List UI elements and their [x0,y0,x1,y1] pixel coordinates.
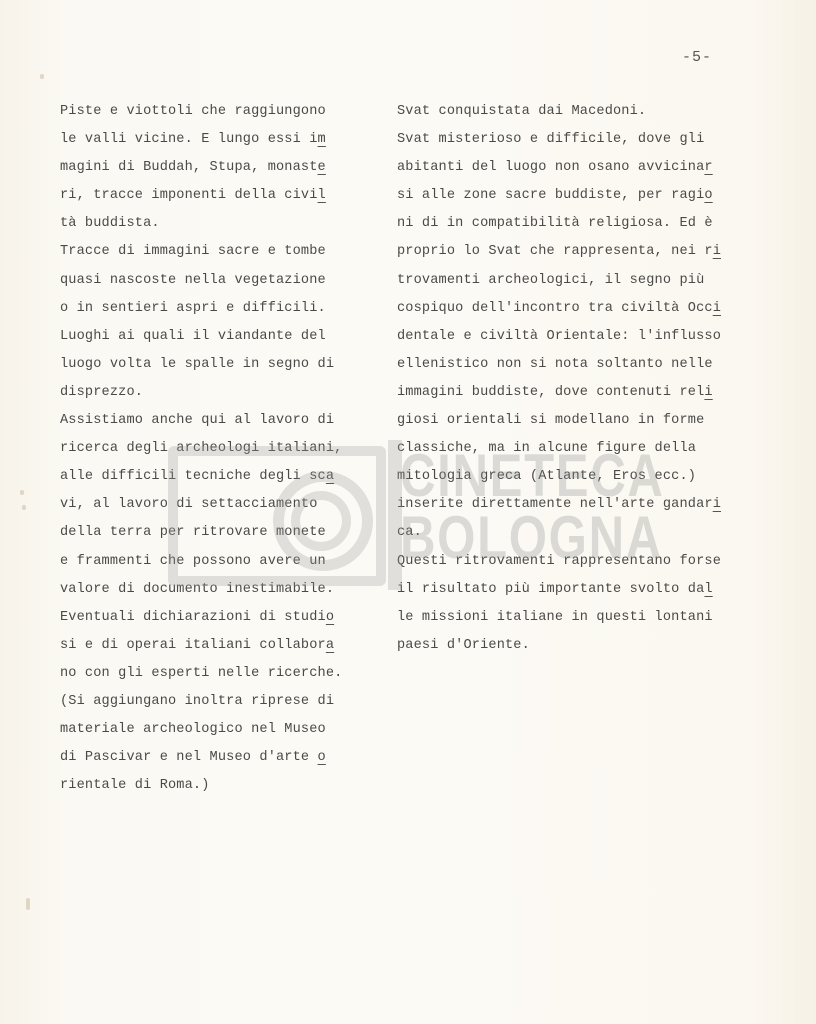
text-line: disprezzo. [60,379,342,407]
text-line: Assistiamo anche qui al lavoro di [60,407,342,435]
hyphen-underline-mark: r [704,160,712,175]
text-line: no con gli esperti nelle ricerche. [60,660,342,688]
text-line: luogo volta le spalle in segno di [60,351,342,379]
text-line: Tracce di immagini sacre e tombe [60,238,342,266]
text-line: Eventuali dichiarazioni di studio [60,604,342,632]
text-line: o in sentieri aspri e difficili. [60,295,342,323]
page-number: -5- [682,49,712,66]
paper-mark [40,74,44,79]
paper-mark [20,490,24,495]
hyphen-underline-mark: i [713,497,721,512]
paper-mark [22,505,26,510]
right-text-column: Svat conquistata dai Macedoni.Svat miste… [397,98,721,660]
hyphen-underline-mark: o [326,610,334,625]
text-line: Piste e viottoli che raggiungono [60,98,342,126]
hyphen-underline-mark: o [318,750,326,765]
text-line: vi, al lavoro di settacciamento [60,491,342,519]
text-line: materiale archeologico nel Museo [60,716,342,744]
hyphen-underline-mark: m [318,132,326,147]
text-line: cospiquo dell'incontro tra civiltà Occi [397,295,721,323]
hyphen-underline-mark: a [326,638,334,653]
text-line: immagini buddiste, dove contenuti reli [397,379,721,407]
left-text-column: Piste e viottoli che raggiungonole valli… [60,98,342,800]
text-line: ri, tracce imponenti della civil [60,182,342,210]
text-line: Svat conquistata dai Macedoni. [397,98,721,126]
typewritten-page: -5- Piste e viottoli che raggiungonole v… [0,0,816,1024]
text-line: alle difficili tecniche degli sca [60,463,342,491]
text-line: il risultato più importante svolto dal [397,576,721,604]
hyphen-underline-mark: l [318,188,326,203]
text-line: proprio lo Svat che rappresenta, nei ri [397,238,721,266]
text-line: di Pascivar e nel Museo d'arte o [60,744,342,772]
hyphen-underline-mark: e [318,160,326,175]
text-line: giosi orientali si modellano in forme [397,407,721,435]
text-line: si alle zone sacre buddiste, per ragio [397,182,721,210]
text-line: dentale e civiltà Orientale: l'influsso [397,323,721,351]
text-line: tà buddista. [60,210,342,238]
text-line: rientale di Roma.) [60,772,342,800]
text-line: si e di operai italiani collabora [60,632,342,660]
text-line: le valli vicine. E lungo essi im [60,126,342,154]
text-line: Questi ritrovamenti rappresentano forse [397,548,721,576]
text-line: valore di documento inestimabile. [60,576,342,604]
text-line: Svat misterioso e difficile, dove gli [397,126,721,154]
text-line: ni di in compatibilità religiosa. Ed è [397,210,721,238]
text-line: (Si aggiungano inoltra riprese di [60,688,342,716]
text-line: ricerca degli archeologi italiani, [60,435,342,463]
text-line: magini di Buddah, Stupa, monaste [60,154,342,182]
hyphen-underline-mark: i [713,301,721,316]
text-line: le missioni italiane in questi lontani [397,604,721,632]
text-line: ellenistico non si nota soltanto nelle [397,351,721,379]
text-line: ca. [397,519,721,547]
text-line: abitanti del luogo non osano avvicinar [397,154,721,182]
text-line: mitologia greca (Atlante, Eros ecc.) [397,463,721,491]
text-line: classiche, ma in alcune figure della [397,435,721,463]
hyphen-underline-mark: o [704,188,712,203]
hyphen-underline-mark: a [326,469,334,484]
hyphen-underline-mark: l [704,582,712,597]
hyphen-underline-mark: i [704,385,712,400]
text-line: paesi d'Oriente. [397,632,721,660]
text-line: inserite direttamente nell'arte gandari [397,491,721,519]
paper-mark [26,898,30,910]
text-line: trovamenti archeologici, il segno più [397,267,721,295]
hyphen-underline-mark: i [713,244,721,259]
text-line: Luoghi ai quali il viandante del [60,323,342,351]
text-line: della terra per ritrovare monete [60,519,342,547]
text-line: e frammenti che possono avere un [60,548,342,576]
text-line: quasi nascoste nella vegetazione [60,267,342,295]
